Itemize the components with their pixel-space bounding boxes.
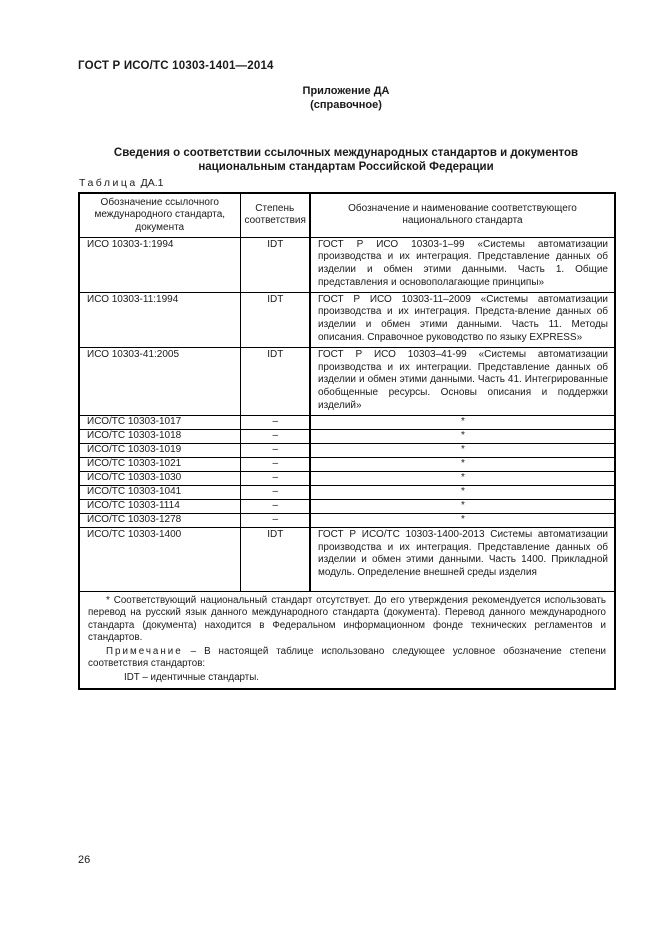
section-title: Сведения о соответствии ссылочных междун… [60, 146, 632, 174]
table-footnote-cell: * Соответствующий национальный стандарт … [79, 591, 615, 689]
ref-standard-cell: ИСО 10303-1:1994 [79, 237, 240, 292]
national-standard-cell: * [310, 429, 615, 443]
ref-standard-cell: ИСО/ТС 10303-1019 [79, 443, 240, 457]
ref-standard-cell: ИСО/ТС 10303-1021 [79, 457, 240, 471]
ref-standard-cell: ИСО/ТС 10303-1030 [79, 471, 240, 485]
table-row: ИСО/ТС 10303-1021 – * [79, 457, 615, 471]
note-idt-definition: IDT – идентичные стандарты. [88, 672, 606, 685]
header-ref-standard: Обозначение ссылочного международного ст… [79, 193, 240, 237]
degree-cell: – [240, 471, 310, 485]
national-standard-cell: ГОСТ Р ИСО/ТС 10303-1400-2013 Системы ав… [310, 527, 615, 591]
national-standard-cell: ГОСТ Р ИСО 10303–41-99 «Системы автомати… [310, 347, 615, 415]
header-national-standard: Обозначение и наименование соответствующ… [310, 193, 615, 237]
degree-cell: – [240, 485, 310, 499]
degree-cell: IDT [240, 347, 310, 415]
table-row: ИСО 10303-41:2005 IDT ГОСТ Р ИСО 10303–4… [79, 347, 615, 415]
footnote-note: Примечание – В настоящей таблице использ… [88, 646, 606, 671]
ref-standard-cell: ИСО 10303-41:2005 [79, 347, 240, 415]
page-number: 26 [78, 854, 90, 866]
table-row: ИСО/ТС 10303-1400 IDT ГОСТ Р ИСО/ТС 1030… [79, 527, 615, 591]
national-standard-cell: * [310, 471, 615, 485]
degree-cell: – [240, 415, 310, 429]
document-page: ГОСТ Р ИСО/ТС 10303-1401—2014 Приложение… [0, 0, 661, 935]
degree-cell: IDT [240, 292, 310, 347]
table-footnote-row: * Соответствующий национальный стандарт … [79, 591, 615, 689]
table-row: ИСО/ТС 10303-1017 – * [79, 415, 615, 429]
table-caption-word: Таблица [79, 177, 138, 189]
footnote-asterisk-text: * Соответствующий национальный стандарт … [88, 595, 606, 645]
table-row: ИСО/ТС 10303-1041 – * [79, 485, 615, 499]
national-standard-cell: ГОСТ Р ИСО 10303-11–2009 «Системы автома… [310, 292, 615, 347]
degree-cell: – [240, 429, 310, 443]
ref-standard-cell: ИСО/ТС 10303-1017 [79, 415, 240, 429]
degree-cell: – [240, 513, 310, 527]
section-title-line1: Сведения о соответствии ссылочных междун… [60, 146, 632, 160]
header-degree: Степень соответствия [240, 193, 310, 237]
degree-cell: IDT [240, 237, 310, 292]
table-row: ИСО 10303-1:1994 IDT ГОСТ Р ИСО 10303-1–… [79, 237, 615, 292]
appendix-heading: Приложение ДА (справочное) [78, 85, 614, 112]
table-row: ИСО/ТС 10303-1018 – * [79, 429, 615, 443]
ref-standard-cell: ИСО/ТС 10303-1018 [79, 429, 240, 443]
degree-cell: – [240, 499, 310, 513]
national-standard-cell: * [310, 443, 615, 457]
national-standard-cell: * [310, 499, 615, 513]
table-row: ИСО 10303-11:1994 IDT ГОСТ Р ИСО 10303-1… [79, 292, 615, 347]
note-label: Примечание [106, 646, 183, 657]
table-caption-number: ДА.1 [141, 177, 164, 189]
degree-cell: IDT [240, 527, 310, 591]
table-header-row: Обозначение ссылочного международного ст… [79, 193, 615, 237]
degree-cell: – [240, 443, 310, 457]
ref-standard-cell: ИСО/ТС 10303-1041 [79, 485, 240, 499]
ref-standard-cell: ИСО/ТС 10303-1114 [79, 499, 240, 513]
document-number-header: ГОСТ Р ИСО/ТС 10303-1401—2014 [78, 60, 274, 72]
section-title-line2: национальным стандартам Российской Федер… [60, 160, 632, 174]
ref-standard-cell: ИСО 10303-11:1994 [79, 292, 240, 347]
appendix-type: (справочное) [78, 99, 614, 113]
national-standard-cell: ГОСТ Р ИСО 10303-1–99 «Системы автоматиз… [310, 237, 615, 292]
national-standard-cell: * [310, 485, 615, 499]
appendix-label: Приложение ДА [78, 85, 614, 99]
table-row: ИСО/ТС 10303-1019 – * [79, 443, 615, 457]
table-row: ИСО/ТС 10303-1030 – * [79, 471, 615, 485]
national-standard-cell: * [310, 415, 615, 429]
ref-standard-cell: ИСО/ТС 10303-1278 [79, 513, 240, 527]
national-standard-cell: * [310, 513, 615, 527]
table-row: ИСО/ТС 10303-1114 – * [79, 499, 615, 513]
ref-standard-cell: ИСО/ТС 10303-1400 [79, 527, 240, 591]
table-caption: Таблица ДА.1 [79, 177, 163, 189]
table-row: ИСО/ТС 10303-1278 – * [79, 513, 615, 527]
degree-cell: – [240, 457, 310, 471]
correspondence-table: Обозначение ссылочного международного ст… [78, 192, 616, 690]
national-standard-cell: * [310, 457, 615, 471]
